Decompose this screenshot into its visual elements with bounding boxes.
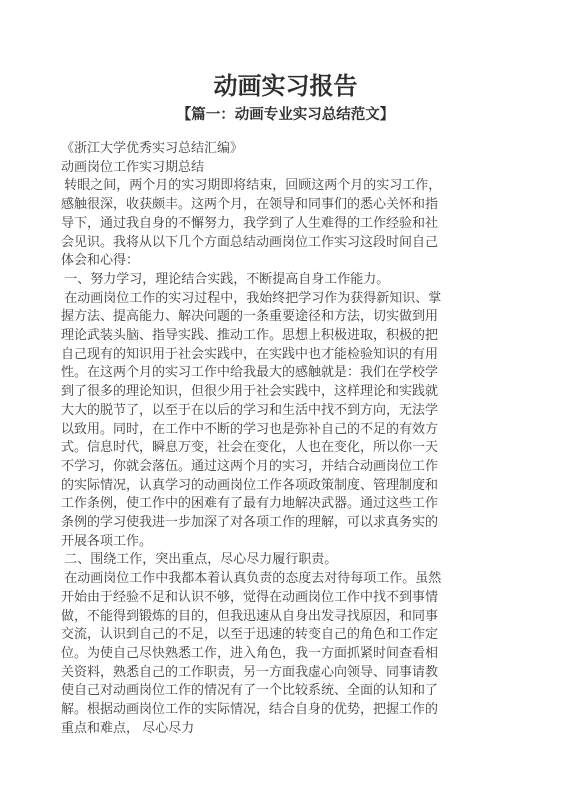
document-body: 《浙江大学优秀实习总结汇编》 动画岗位工作实习期总结 转眼之间，两个月的实习期即… xyxy=(61,139,510,738)
document-subtitle: 【篇一：动画专业实习总结范文】 xyxy=(61,106,510,125)
paragraph-section-1-heading: 一、努力学习，理论结合实践，不断提高自身工作能力。 xyxy=(61,270,510,289)
paragraph-section-2-heading: 二、围绕工作，突出重点，尽心尽力履行职责。 xyxy=(61,550,510,569)
paragraph-intro: 转眼之间，两个月的实习期即将结束，回顾这两个月的实习工作， 感触很深，收获颇丰。… xyxy=(61,176,510,270)
paragraph-report-heading: 动画岗位工作实习期总结 xyxy=(61,158,510,177)
document-content: 动画实习报告 【篇一：动画专业实习总结范文】 《浙江大学优秀实习总结汇编》 动画… xyxy=(0,0,566,738)
document-title: 动画实习报告 xyxy=(61,73,510,102)
paragraph-section-1-body: 在动画岗位工作的实习过程中，我始终把学习作为获得新知识、掌 握方法、提高能力、解… xyxy=(61,289,510,551)
document-page: 动画实习报告 【篇一：动画专业实习总结范文】 《浙江大学优秀实习总结汇编》 动画… xyxy=(0,0,566,800)
paragraph-source-book: 《浙江大学优秀实习总结汇编》 xyxy=(61,139,510,158)
paragraph-section-2-body: 在动画岗位工作中我都本着认真负责的态度去对待每项工作。虽然 开始由于经验不足和认… xyxy=(61,569,510,737)
